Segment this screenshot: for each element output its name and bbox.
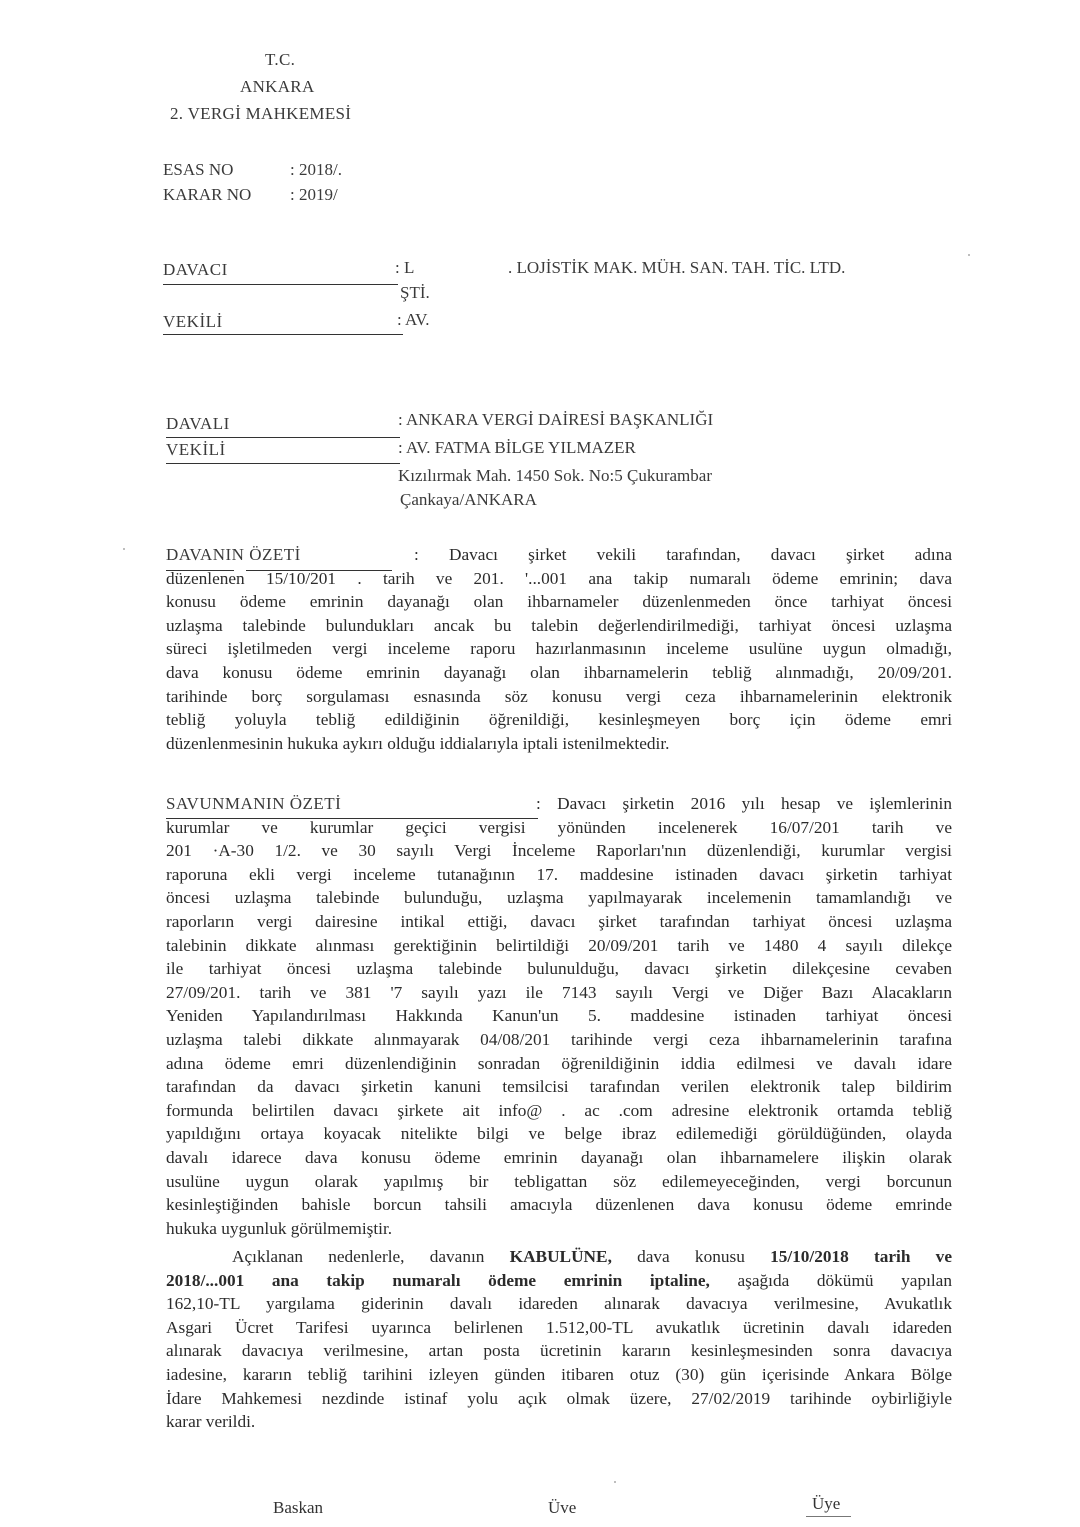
decision-line: 2018/...001 ana takip numaralı ödeme emr… <box>166 1269 952 1293</box>
case-summary-line: dava konusu ödeme emrinin dayanağı olan … <box>166 661 952 685</box>
plaintiff-name-cont: ŞTİ. <box>400 283 430 303</box>
decision-date-ref: 15/10/2018 tarih ve <box>770 1247 952 1266</box>
defense-summary-line: raporuna ekli vergi inceleme tutanağının… <box>166 863 952 887</box>
case-summary-line: süreci işletilmeden vergi inceleme rapor… <box>166 637 952 661</box>
scan-speck <box>614 1481 616 1483</box>
court-name: 2. VERGİ MAHKEMESİ <box>170 104 351 124</box>
decision-line: karar verildi. <box>166 1410 952 1434</box>
esas-no-label: ESAS NO <box>163 160 233 180</box>
defendant-attorney-rule <box>166 463 400 464</box>
defense-summary-line: hukuka uygunluk görülmemiştir. <box>166 1217 952 1241</box>
plaintiff-label: DAVACI <box>163 260 228 280</box>
defense-summary-line: adına ödeme emri düzenlendiğinin sonrada… <box>166 1052 952 1076</box>
defendant-address-line2: Çankaya/ANKARA <box>400 490 537 510</box>
defense-summary-line: öncesi uzlaşma talebinde bulunduğu, uzla… <box>166 886 952 910</box>
decision-fragment: dava konusu <box>612 1247 770 1266</box>
decision-line: İdare Mahkemesi nezdinde istinaf yolu aç… <box>166 1387 952 1411</box>
header-tc: T.C. <box>265 50 295 70</box>
defense-summary-line: yapıldığını ortaya koyacak nitelikte bil… <box>166 1122 952 1146</box>
defendant-address-line1: Kızılırmak Mah. 1450 Sok. No:5 Çukuramba… <box>398 466 712 486</box>
plaintiff-attorney-label: VEKİLİ <box>163 312 223 332</box>
defendant-attorney-label: VEKİLİ <box>166 440 226 460</box>
decision-text: Açıklanan nedenlerle, davanın KABULÜNE, … <box>166 1245 952 1434</box>
defense-summary-line: davalı idarece dava konusu ödeme emrinin… <box>166 1146 952 1170</box>
defendant-attorney-value: : AV. FATMA BİLGE YILMAZER <box>398 438 636 458</box>
defense-summary-line: 27/09/201. tarih ve 381 '7 sayılı yazı i… <box>166 981 952 1005</box>
defense-summary-line: ile tarhiyat öncesi uzlaşma talebinde bu… <box>166 957 952 981</box>
case-summary-line: düzenlenmesinin hukuka aykırı olduğu idd… <box>166 732 952 756</box>
defense-summary-line: usulüne uygun olarak yapılmış bir teblig… <box>166 1170 952 1194</box>
defense-summary-line: raporların vergi dairesine intikal ettiğ… <box>166 910 952 934</box>
case-summary-line-text: : Davacı şirket vekili tarafından, davac… <box>414 545 952 564</box>
scan-speck <box>968 254 970 256</box>
defense-summary-line: 201 ·A-30 1/2. ve 30 sayılı Vergi İncele… <box>166 839 952 863</box>
defendant-label: DAVALI <box>166 414 230 434</box>
case-summary-line: düzenlenen 15/10/201 . tarih ve 201. '..… <box>166 567 952 591</box>
defendant-value: : ANKARA VERGİ DAİRESİ BAŞKANLIĞI <box>398 410 713 430</box>
defense-summary-line: kesinleştiğinden bahisle borcun tahsili … <box>166 1193 952 1217</box>
decision-line: Asgari Ücret Tarifesi uyarınca belirlene… <box>166 1316 952 1340</box>
decision-line: alınarak davacıya verilmesine, artan pos… <box>166 1339 952 1363</box>
signature-member-2-rule <box>806 1516 851 1517</box>
defense-summary-text: : Davacı şirketin 2016 yılı hesap ve işl… <box>166 792 952 1240</box>
defense-summary-line-text: : Davacı şirketin 2016 yılı hesap ve işl… <box>536 794 952 813</box>
case-summary-line: tarihinde borç sorgulaması esnasında söz… <box>166 685 952 709</box>
karar-no-label: KARAR NO <box>163 185 251 205</box>
signature-member-1: Üve <box>548 1498 576 1518</box>
plaintiff-attorney-rule <box>163 334 403 335</box>
signature-member-2: Üye <box>812 1494 840 1514</box>
decision-annulment: 2018/...001 ana takip numaralı ödeme emr… <box>166 1271 710 1290</box>
plaintiff-prefix: : L <box>395 258 414 278</box>
decision-line: 162,10-TL yargılama giderinin davalı ida… <box>166 1292 952 1316</box>
case-summary-text: : Davacı şirket vekili tarafından, davac… <box>166 543 952 755</box>
case-summary-line: tebliğ yoluyla tebliğ edildiğinin öğreni… <box>166 708 952 732</box>
esas-no-value: : 2018/. <box>290 160 342 180</box>
decision-fragment: Açıklanan nedenlerle, davanın <box>232 1247 510 1266</box>
karar-no-value: : 2019/ <box>290 185 338 205</box>
case-summary-line: : Davacı şirket vekili tarafından, davac… <box>166 543 952 567</box>
decision-line: Açıklanan nedenlerle, davanın KABULÜNE, … <box>166 1245 952 1269</box>
plaintiff-name: . LOJİSTİK MAK. MÜH. SAN. TAH. TİC. LTD. <box>508 258 845 278</box>
decision-line: iadesine, kararın tebliğ tarihini izleye… <box>166 1363 952 1387</box>
plaintiff-rule <box>163 284 398 285</box>
defendant-rule <box>166 437 400 438</box>
defense-summary-line: talebinin dikkate alınması gerektiğinin … <box>166 934 952 958</box>
case-summary-line: konusu ödeme emrinin dayanağı olan ihbar… <box>166 590 952 614</box>
header-city: ANKARA <box>240 77 315 97</box>
plaintiff-attorney-value: : AV. <box>397 310 429 330</box>
signature-president: Baskan <box>273 1498 323 1518</box>
defense-summary-line: kurumlar ve kurumlar geçici vergisi yönü… <box>166 816 952 840</box>
defense-summary-line: tarafından da davacı şirketin kanuni tem… <box>166 1075 952 1099</box>
decision-acceptance: KABULÜNE, <box>510 1247 612 1266</box>
defense-summary-line: : Davacı şirketin 2016 yılı hesap ve işl… <box>166 792 952 816</box>
scan-speck <box>123 548 125 550</box>
decision-fragment: aşağıda dökümü yapılan <box>710 1271 952 1290</box>
defense-summary-line: Yeniden Yapılandırılması Hakkında Kanun'… <box>166 1004 952 1028</box>
defense-summary-line: formunda belirtilen davacı şirkete ait i… <box>166 1099 952 1123</box>
case-summary-line: uzlaşma talebinde bulundukları ancak bu … <box>166 614 952 638</box>
defense-summary-line: uzlaşma talebi dikkate alınmayarak 04/08… <box>166 1028 952 1052</box>
